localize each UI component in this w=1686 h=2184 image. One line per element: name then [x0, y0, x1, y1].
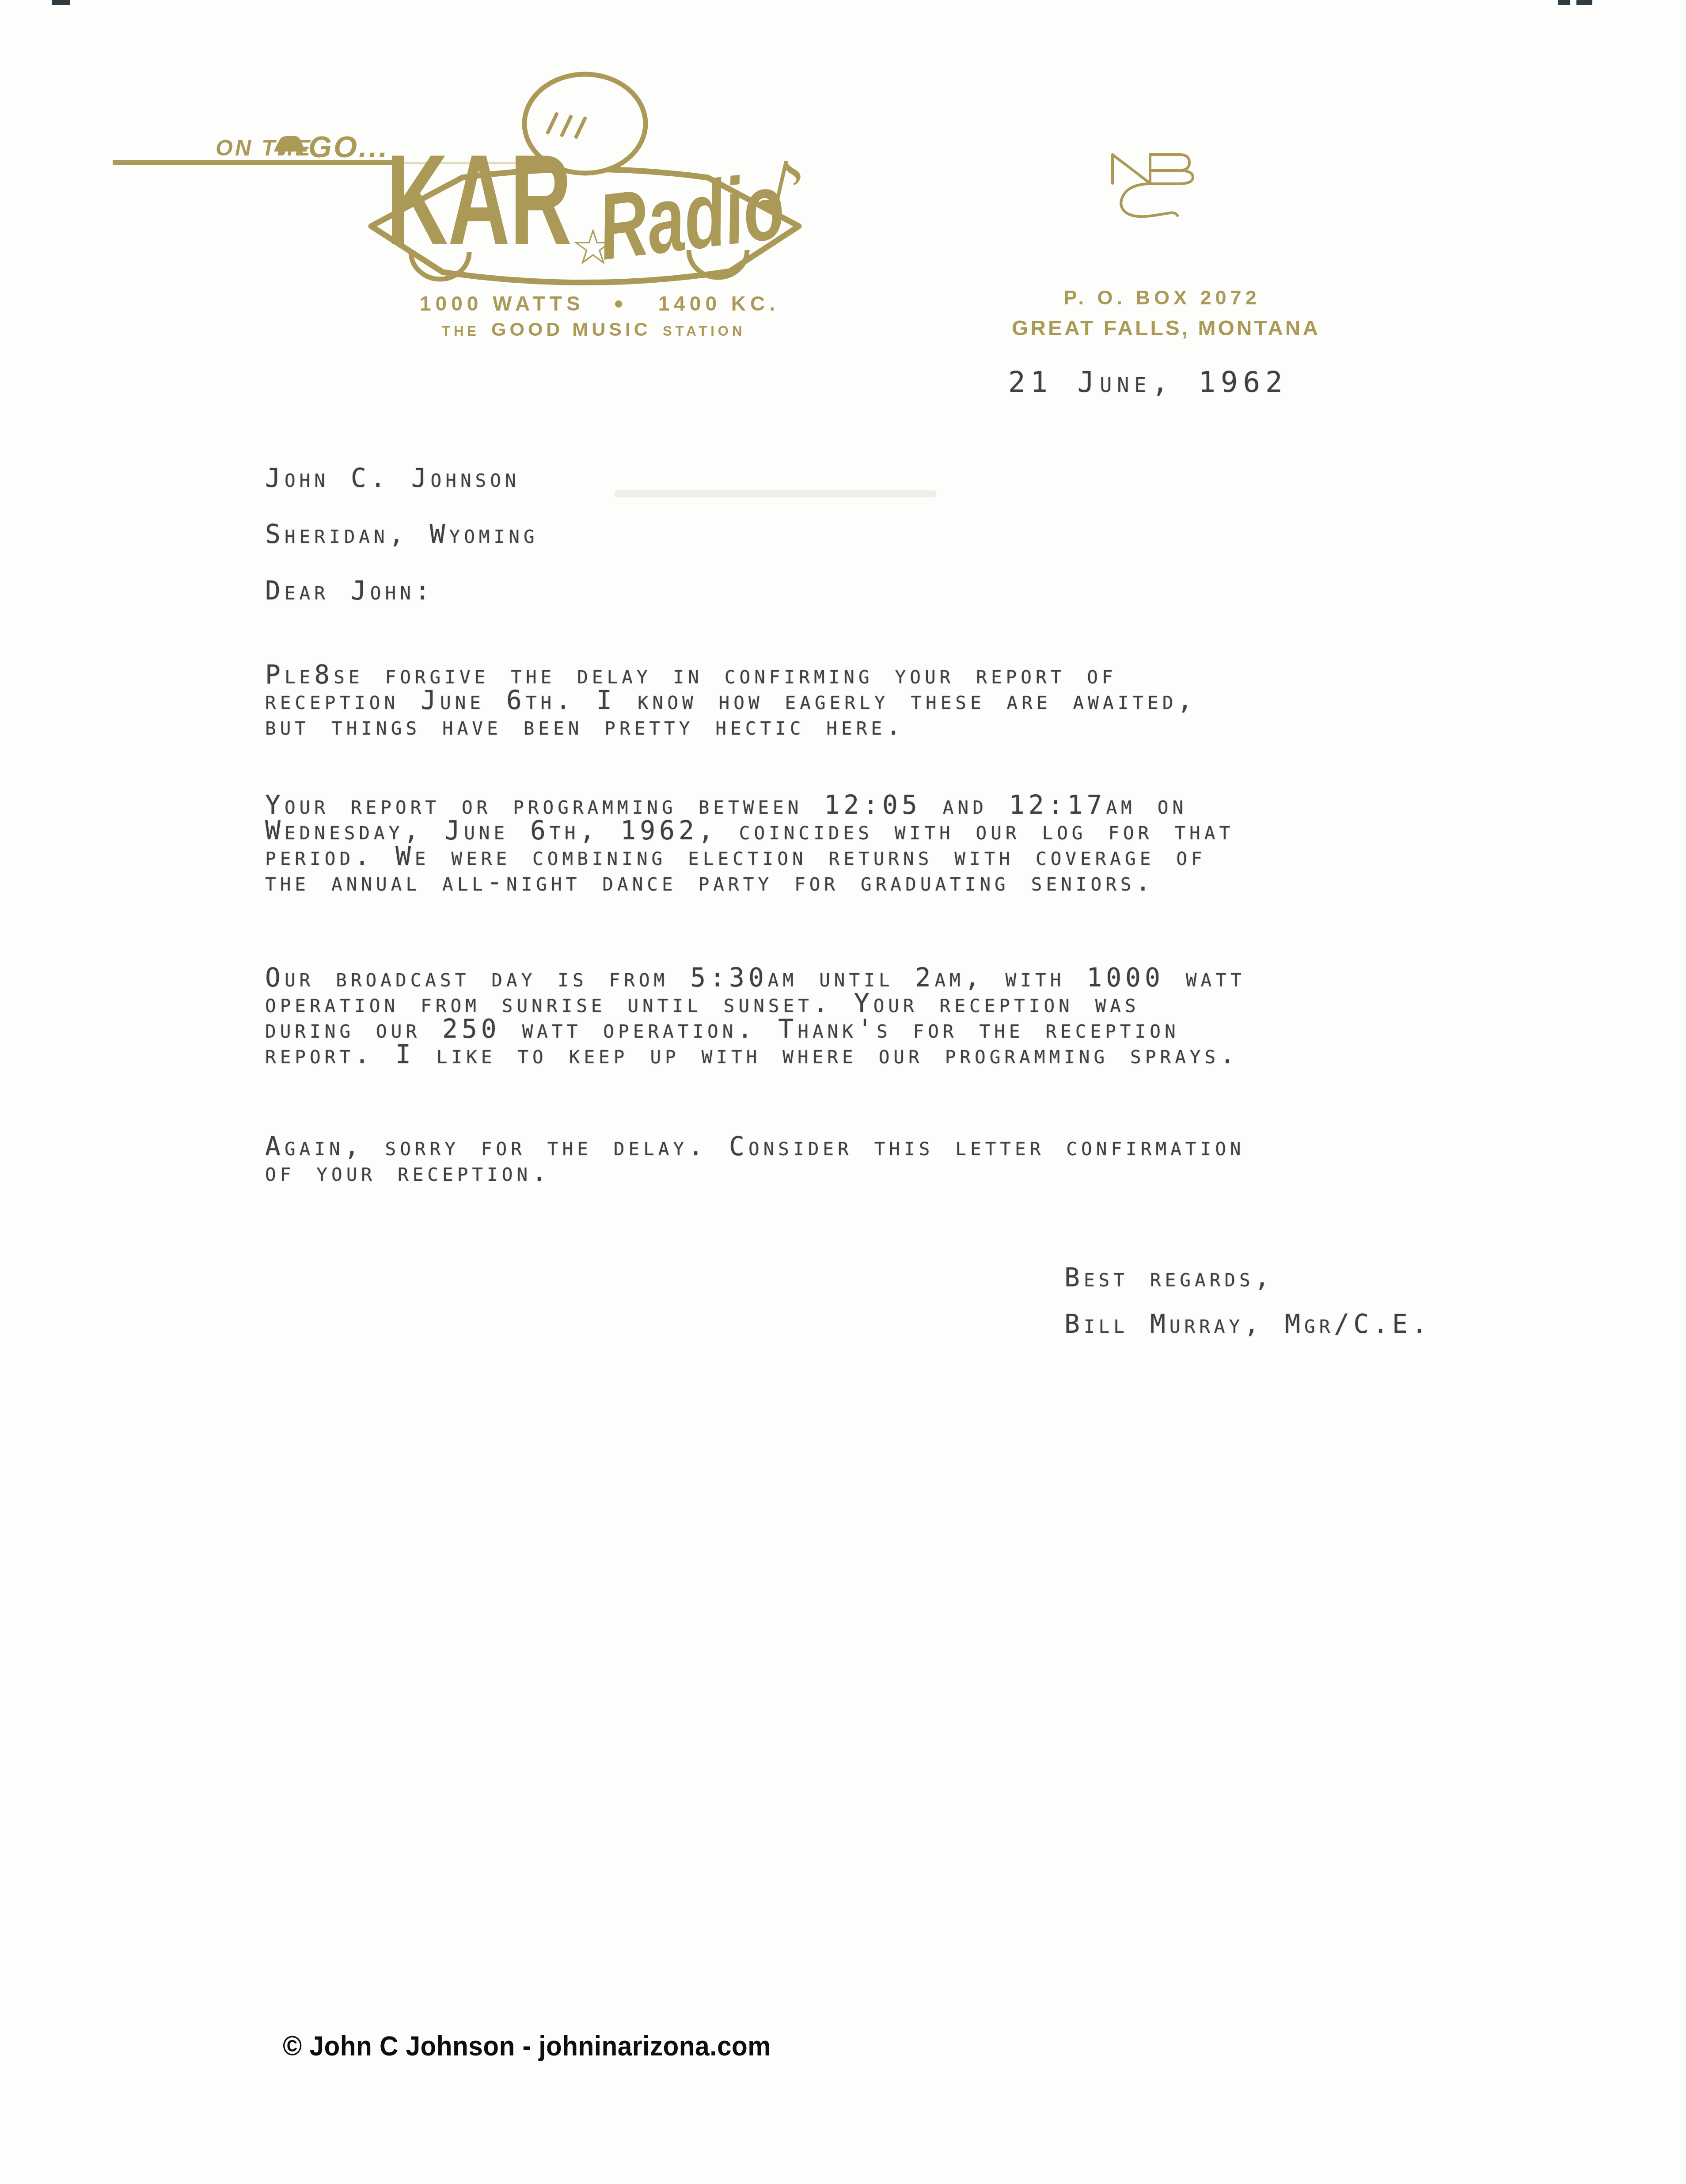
signature-line: Bill Murray, Mgr/C.E. [1064, 1311, 1431, 1337]
paragraph-line: reception June 6th. I know how eagerly t… [265, 687, 1196, 713]
bullet-icon: ● [614, 294, 624, 313]
brand-kar-text: KAR [386, 128, 572, 271]
slogan-the: THE [442, 323, 480, 339]
nbc-logo [1105, 149, 1197, 220]
tagline-go: GO... [308, 130, 389, 164]
paragraph-line: during our 250 watt operation. Thank's f… [265, 1016, 1246, 1042]
paragraph-line: operation from sunrise until sunset. You… [265, 990, 1246, 1016]
power-label: 1000 WATTS [420, 292, 585, 315]
paragraph-line: the annual all-night dance party for gra… [265, 869, 1234, 895]
tagline-on-the: ON THE [216, 136, 312, 160]
po-box-line: P. O. BOX 2072 [1012, 286, 1312, 309]
nbc-letter-c [1121, 184, 1177, 216]
recipient-name: John C. Johnson [265, 465, 520, 491]
scan-smudge [614, 490, 937, 497]
letter-date: 21 June, 1962 [1008, 368, 1288, 397]
recipient-city: Sheridan, Wyoming [265, 521, 539, 547]
scanned-letter-page: ON THE GO... KAR ☆ Radio ♪ 1000 WATTS ● … [0, 0, 1686, 2184]
scan-artifact-top-right-1 [1558, 0, 1570, 5]
station-address-block: P. O. BOX 2072 GREAT FALLS, MONTANA [1012, 286, 1312, 341]
paragraph-1: Ple8se forgive the delay in confirming y… [265, 662, 1196, 739]
paragraph-line: Again, sorry for the delay. Consider thi… [265, 1134, 1245, 1159]
paragraph-line: Ple8se forgive the delay in confirming y… [265, 662, 1196, 687]
paragraph-4: Again, sorry for the delay. Consider thi… [265, 1134, 1245, 1185]
paragraph-line: but things have been pretty hectic here. [265, 713, 1196, 739]
paragraph-line: Our broadcast day is from 5:30am until 2… [265, 965, 1246, 990]
paragraph-line: report. I like to keep up with where our… [265, 1042, 1246, 1067]
nbc-letter-n [1113, 155, 1150, 183]
paragraph-3: Our broadcast day is from 5:30am until 2… [265, 965, 1246, 1067]
slogan-station: STATION [663, 323, 745, 339]
scan-artifact-top-right-2 [1576, 0, 1592, 5]
footer-copyright: © John C Johnson - johninarizona.com [283, 2030, 771, 2062]
scan-artifact-top-left [52, 0, 70, 5]
paragraph-line: Your report or programming between 12:05… [265, 792, 1234, 818]
slogan-good-music: GOOD MUSIC [491, 319, 651, 341]
paragraph-line: period. We were combining election retur… [265, 843, 1234, 869]
power-frequency-line: 1000 WATTS ● 1400 KC. [420, 292, 779, 315]
salutation: Dear John: [265, 578, 434, 603]
paragraph-2: Your report or programming between 12:05… [265, 792, 1234, 895]
paragraph-line: Wednesday, June 6th, 1962, coincides wit… [265, 818, 1234, 843]
frequency-label: 1400 KC. [658, 292, 779, 315]
city-state-line: GREAT FALLS, MONTANA [1012, 316, 1312, 341]
station-slogan: THE GOOD MUSIC STATION [442, 319, 745, 341]
closing-line: Best regards, [1064, 1265, 1274, 1290]
paragraph-line: of your reception. [265, 1159, 1245, 1185]
nbc-letter-b [1150, 155, 1193, 184]
